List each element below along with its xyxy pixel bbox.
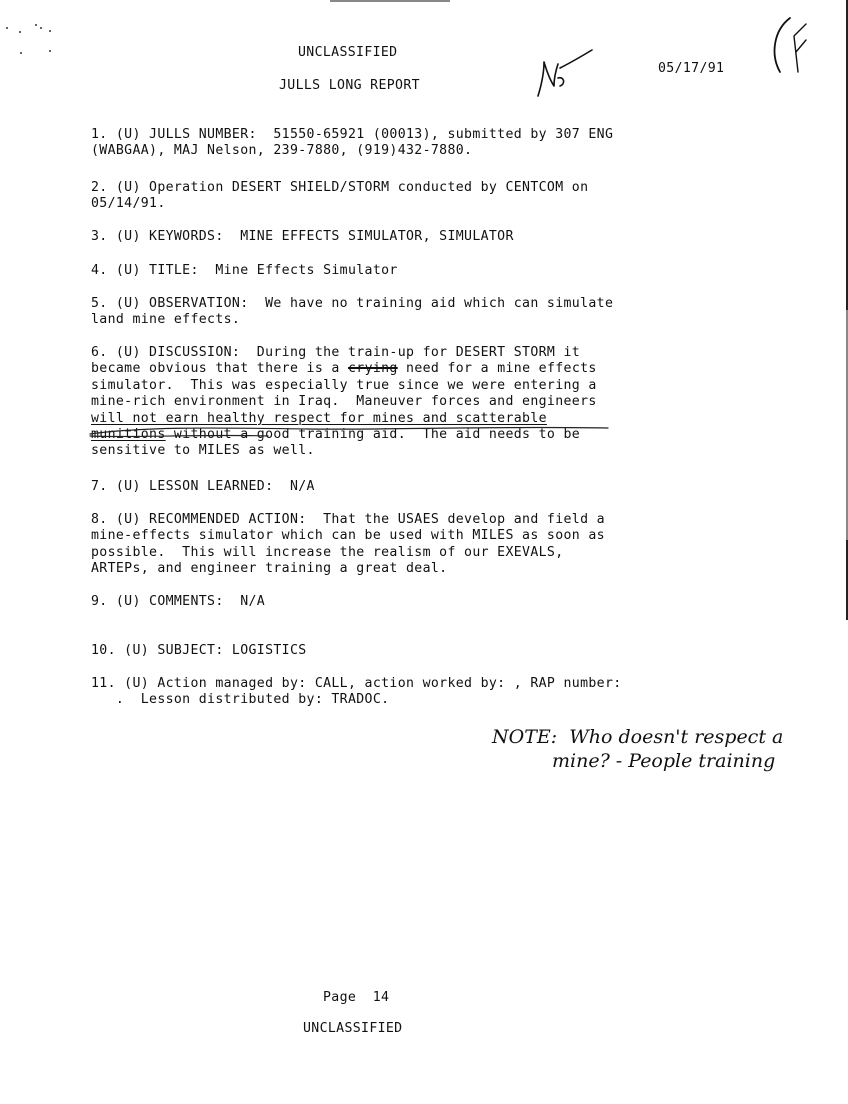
page-label: Page <box>323 990 356 1005</box>
handwritten-underline-mark <box>88 424 628 440</box>
handwritten-initials-mark <box>530 48 600 100</box>
item-line: 2. (U) Operation DESERT SHIELD/STORM con… <box>91 180 751 196</box>
item-recommended-action: 8. (U) RECOMMENDED ACTION: That the USAE… <box>91 512 751 578</box>
item-lesson-learned: 7. (U) LESSON LEARNED: N/A <box>91 479 751 495</box>
item-keywords: 3. (U) KEYWORDS: MINE EFFECTS SIMULATOR,… <box>91 229 751 245</box>
item-line: 4. (U) TITLE: Mine Effects Simulator <box>91 263 751 279</box>
report-title: JULLS LONG REPORT <box>279 78 420 93</box>
page-number: 14 <box>373 990 390 1005</box>
item-line: 11. (U) Action managed by: CALL, action … <box>91 676 751 692</box>
handwritten-note-line2: mine? - People training <box>552 750 775 772</box>
item-line: (WABGAA), MAJ Nelson, 239-7880, (919)432… <box>91 143 751 159</box>
scan-speck <box>35 24 37 26</box>
scan-speck <box>19 31 21 33</box>
report-date: 05/17/91 <box>658 61 724 76</box>
item-line: 1. (U) JULLS NUMBER: 51550-65921 (00013)… <box>91 127 751 143</box>
item-comments: 9. (U) COMMENTS: N/A <box>91 594 751 610</box>
item-line: mine-rich environment in Iraq. Maneuver … <box>91 394 751 410</box>
item-line: 9. (U) COMMENTS: N/A <box>91 594 751 610</box>
scan-speck <box>49 50 51 52</box>
item-title: 4. (U) TITLE: Mine Effects Simulator <box>91 263 751 279</box>
struck-word: crying <box>348 361 398 376</box>
item-line: 05/14/91. <box>91 196 751 212</box>
classification-bottom: UNCLASSIFIED <box>303 1021 402 1036</box>
classification-top: UNCLASSIFIED <box>298 45 397 60</box>
item-line: 6. (U) DISCUSSION: During the train-up f… <box>91 345 751 361</box>
item-line: 10. (U) SUBJECT: LOGISTICS <box>91 643 751 659</box>
handwritten-note-line1: NOTE: Who doesn't respect a <box>492 726 783 748</box>
item-line: possible. This will increase the realism… <box>91 545 751 561</box>
item-action-managed: 11. (U) Action managed by: CALL, action … <box>91 676 751 709</box>
item-line: simulator. This was especially true sinc… <box>91 378 751 394</box>
item-observation: 5. (U) OBSERVATION: We have no training … <box>91 296 751 329</box>
scan-speck <box>49 30 51 32</box>
item-line: mine-effects simulator which can be used… <box>91 528 751 544</box>
item-subject: 10. (U) SUBJECT: LOGISTICS <box>91 643 751 659</box>
item-line: land mine effects. <box>91 312 751 328</box>
item-line: sensitive to MILES as well. <box>91 443 751 459</box>
corner-f-mark <box>768 14 818 74</box>
scan-speck <box>20 52 22 54</box>
item-discussion: 6. (U) DISCUSSION: During the train-up f… <box>91 345 751 460</box>
scan-artifact-top <box>330 0 450 2</box>
item-line: . Lesson distributed by: TRADOC. <box>91 692 751 708</box>
scan-speck <box>6 27 8 29</box>
page-indicator: Page 14 <box>323 990 389 1005</box>
item-line: became obvious that there is a crying ne… <box>91 361 751 377</box>
item-julls-number: 1. (U) JULLS NUMBER: 51550-65921 (00013)… <box>91 127 751 160</box>
item-line: ARTEPs, and engineer training a great de… <box>91 561 751 577</box>
item-line: 5. (U) OBSERVATION: We have no training … <box>91 296 751 312</box>
scan-speck <box>40 27 42 29</box>
item-line: 3. (U) KEYWORDS: MINE EFFECTS SIMULATOR,… <box>91 229 751 245</box>
item-line: 8. (U) RECOMMENDED ACTION: That the USAE… <box>91 512 751 528</box>
item-line: 7. (U) LESSON LEARNED: N/A <box>91 479 751 495</box>
item-operation: 2. (U) Operation DESERT SHIELD/STORM con… <box>91 180 751 213</box>
